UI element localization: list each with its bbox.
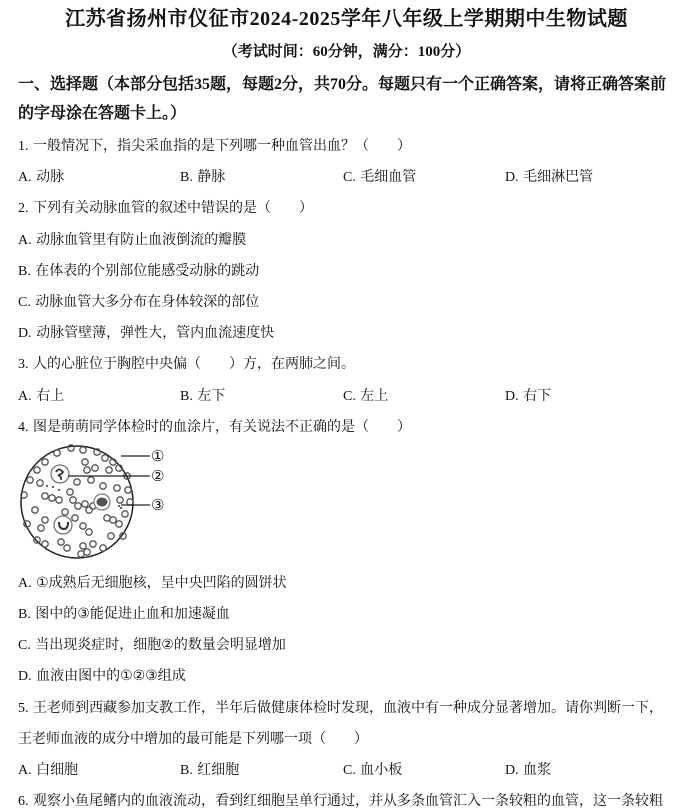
q2-option-a: A. 动脉血管里有防止血液倒流的瓣膜 — [18, 229, 246, 249]
question-3: 3. 人的心脏位于胸腔中央偏（ ）方，在两肺之间。 — [18, 353, 355, 373]
figure-labels: ① ② ③ — [151, 447, 164, 514]
exam-info: （考试时间：60分钟，满分：100分） — [0, 40, 693, 61]
question-5: 5. 王老师到西藏参加支教工作，半年后做健康体检时发现，血液中有一种成分显著增加… — [18, 697, 663, 717]
svg-text:②: ② — [151, 467, 164, 485]
q5-option-a: A. 白细胞 — [18, 759, 78, 779]
svg-text:①: ① — [151, 447, 164, 465]
question-5-continued: 王老师血液的成分中增加的最可能是下列哪一项（ ） — [18, 728, 368, 748]
q2-option-b: B. 在体表的个别部位能感受动脉的跳动 — [18, 260, 259, 280]
q1-option-b: B. 静脉 — [180, 166, 225, 186]
question-6: 6. 观察小鱼尾鳍内的血液流动，看到红细胞呈单行通过，并从多条血管汇入一条较粗的… — [18, 790, 663, 810]
q3-option-c: C. 左上 — [343, 385, 388, 405]
question-2: 2. 下列有关动脉血管的叙述中错误的是（ ） — [18, 197, 313, 217]
q5-option-c: C. 血小板 — [343, 759, 402, 779]
q1-option-a: A. 动脉 — [18, 166, 64, 186]
q5-option-b: B. 红细胞 — [180, 759, 239, 779]
q1-option-c: C. 毛细血管 — [343, 166, 416, 186]
question-1: 1. 一般情况下，指尖采血指的是下列哪一种血管出血？（ ） — [18, 135, 411, 155]
svg-text:③: ③ — [151, 496, 164, 514]
q3-option-b: B. 左下 — [180, 385, 225, 405]
q4-option-c: C. 当出现炎症时，细胞②的数量会明显增加 — [18, 634, 286, 654]
q2-option-d: D. 动脉管壁薄，弹性大，管内血流速度快 — [18, 322, 274, 342]
q4-option-d: D. 血液由图中的①②③组成 — [18, 665, 186, 685]
page-title: 江苏省扬州市仪征市2024-2025学年八年级上学期期中生物试题 — [0, 2, 693, 31]
q4-option-a: A. ①成熟后无细胞核，呈中央凹陷的圆饼状 — [18, 572, 287, 592]
blood-smear-figure: ① ② ③ — [15, 440, 185, 565]
blood-smear-diagram: ① ② ③ — [15, 440, 185, 565]
q4-option-b: B. 图中的③能促进止血和加速凝血 — [18, 603, 230, 623]
section-heading: 一、选择题（本部分包括35题，每题2分，共70分。每题只有一个正确答案，请将正确… — [18, 70, 678, 128]
question-4: 4. 图是萌萌同学体检时的血涂片，有关说法不正确的是（ ） — [18, 416, 411, 436]
q5-option-d: D. 血浆 — [505, 759, 551, 779]
q3-option-d: D. 右下 — [505, 385, 551, 405]
q3-option-a: A. 右上 — [18, 385, 64, 405]
q2-option-c: C. 动脉血管大多分布在身体较深的部位 — [18, 291, 259, 311]
q1-option-d: D. 毛细淋巴管 — [505, 166, 593, 186]
